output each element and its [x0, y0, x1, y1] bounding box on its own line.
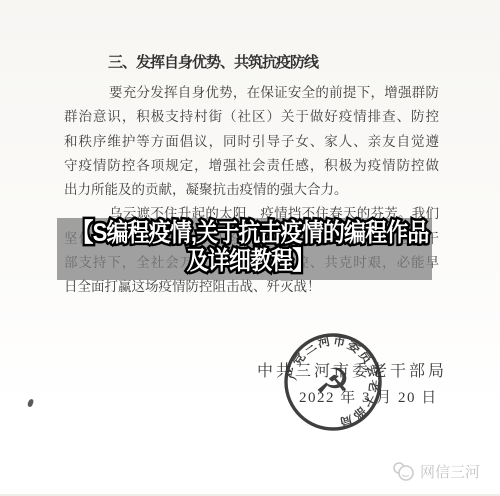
- body-line: 群治意识，积极支持村街（社区）关于做好疫情排查、防控: [64, 105, 439, 129]
- watermark-logo-icon: [391, 462, 416, 481]
- body-line: 要充分发挥自身优势，在保证安全的前提下，增强群防: [64, 81, 439, 105]
- overlay-title-line1: 【S编程疫情,关于抗击疫情的编程作品 【S编程疫情,关于抗击疫情的编程作品: [30, 219, 470, 247]
- hammer-sickle-icon: ☭: [312, 357, 353, 406]
- overlay-title-line1-text: 【S编程疫情,关于抗击疫情的编程作品: [72, 219, 429, 247]
- overlay-title: 【S编程疫情,关于抗击疫情的编程作品 【S编程疫情,关于抗击疫情的编程作品 及详…: [30, 219, 470, 275]
- body-line: 守疫情防控各项规定，增强社会责任感，积极为疫情防控做: [64, 154, 439, 178]
- section-heading: 三、发挥自身优势、共筑抗疫防线: [108, 51, 318, 72]
- watermark: 网信三河: [391, 461, 480, 482]
- ink-speck: [27, 398, 34, 407]
- overlay-title-line2: 及详细教程】 及详细教程】: [30, 247, 470, 275]
- document-photo: 三、发挥自身优势、共筑抗疫防线 要充分发挥自身优势，在保证安全的前提下，增强群防…: [0, 0, 500, 496]
- body-line: 出力所能及的贡献，凝聚抗击疫情的强大合力。: [64, 178, 439, 202]
- official-seal: 中国共产党三河市委员会老干部局 ☭: [278, 327, 388, 437]
- overlay-title-line2-text: 及详细教程】: [187, 247, 314, 275]
- body-line: 和秩序维护等方面倡议，同时引导子女、家人、亲友自觉遵: [64, 130, 439, 154]
- watermark-label: 网信三河: [420, 461, 480, 482]
